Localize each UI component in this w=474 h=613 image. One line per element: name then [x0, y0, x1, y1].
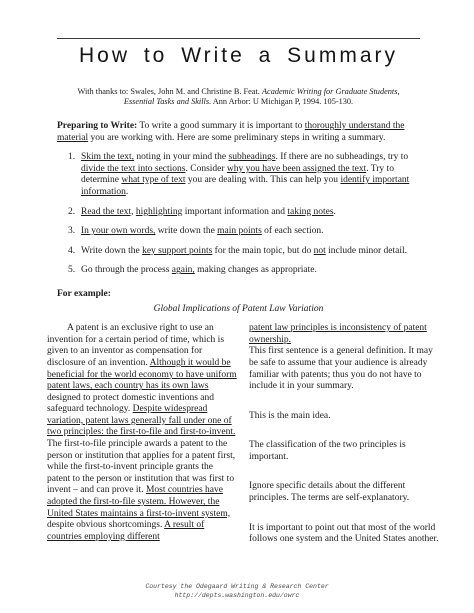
- example-label: For example:: [57, 289, 420, 301]
- step-number: 5.: [68, 265, 81, 277]
- annotation-paragraph: Ignore specific details about the differ…: [249, 481, 439, 504]
- steps-list: 1. Skim the text, noting in your mind th…: [57, 152, 420, 277]
- step-text: Write down the key support points for th…: [81, 246, 420, 258]
- annotation-paragraph: This is the main idea.: [249, 411, 439, 423]
- annotation-paragraph: The classification of the two principles…: [249, 440, 439, 463]
- step-number: 2.: [68, 207, 81, 219]
- step-text: Read the text, highlighting important in…: [81, 207, 420, 219]
- step-text: Go through the process again, making cha…: [81, 265, 420, 277]
- footer: Courtesy the Odegaard Writing & Research…: [0, 582, 474, 600]
- top-rule: [57, 38, 420, 39]
- step-item: 3. In your own words, write down the mai…: [57, 226, 420, 238]
- example-passage: A patent is an exclusive right to use an…: [47, 323, 237, 546]
- citation: With thanks to: Swales, John M. and Chri…: [65, 87, 413, 107]
- footer-credit: Courtesy the Odegaard Writing & Research…: [0, 582, 474, 591]
- footer-url: http://depts.washington.edu/owrc: [0, 591, 474, 600]
- annotation-paragraph: This first sentence is a general definit…: [249, 346, 439, 392]
- step-number: 1.: [68, 152, 81, 198]
- step-text: In your own words, write down the main p…: [81, 226, 420, 238]
- example-title: Global Implications of Patent Law Variat…: [57, 304, 420, 316]
- example-columns: A patent is an exclusive right to use an…: [47, 323, 440, 546]
- step-text: Skim the text, noting in your mind the s…: [81, 152, 420, 198]
- document-page: How to Write a Summary With thanks to: S…: [0, 0, 474, 613]
- step-item: 2. Read the text, highlighting important…: [57, 207, 420, 219]
- step-item: 1. Skim the text, noting in your mind th…: [57, 152, 420, 198]
- intro-paragraph: Preparing to Write: To write a good summ…: [57, 121, 420, 144]
- page-title: How to Write a Summary: [57, 44, 420, 68]
- annotation-paragraph: It is important to point out that most o…: [249, 523, 439, 546]
- step-number: 3.: [68, 226, 81, 238]
- example-annotations: patent law principles is inconsistency o…: [249, 323, 439, 546]
- step-number: 4.: [68, 246, 81, 258]
- step-item: 5. Go through the process again, making …: [57, 265, 420, 277]
- annotation-paragraph: patent law principles is inconsistency o…: [249, 323, 439, 346]
- step-item: 4. Write down the key support points for…: [57, 246, 420, 258]
